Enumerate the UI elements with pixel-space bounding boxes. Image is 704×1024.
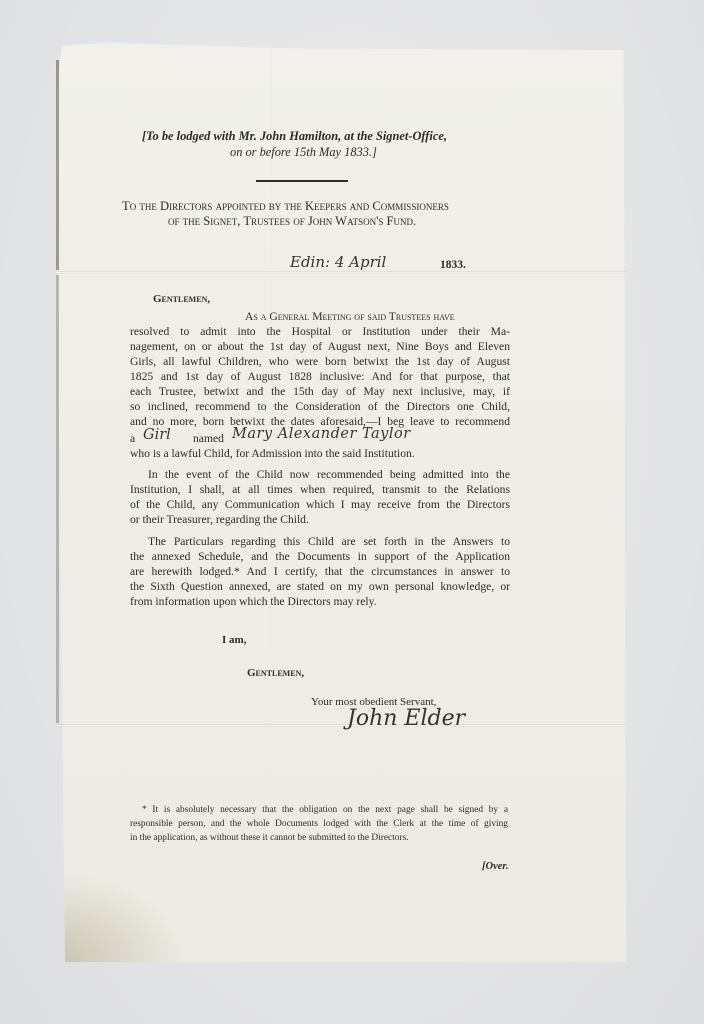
- printed-year: 1833.: [440, 258, 466, 272]
- addressee-line1: To the Directors appointed by the Keeper…: [122, 199, 449, 213]
- para1-line: resolved to admit into the Hospital or I…: [130, 325, 510, 339]
- para1-line: nagement, on or about the 1st day of Aug…: [130, 340, 510, 354]
- footnote-line: in the application, as without these it …: [130, 832, 409, 844]
- lodging-note-line2: on or before 15th May 1833.]: [230, 145, 377, 159]
- divider-rule: [256, 180, 348, 182]
- closing-gentlemen: Gentlemen,: [247, 666, 304, 680]
- para2-line: In the event of the Child now recommende…: [148, 468, 510, 482]
- paper-edge-shadow: [56, 60, 59, 270]
- para3-line: the Sixth Question annexed, are stated o…: [130, 580, 510, 594]
- para1-line: so inclined, recommend to the Considerat…: [130, 400, 510, 414]
- over-marker: [Over.: [482, 860, 509, 874]
- handwritten-gender: Girl: [143, 428, 171, 442]
- signature: John Elder: [347, 712, 465, 726]
- fold-line-upper: [56, 271, 626, 274]
- para1-line: 1825 and 1st day of August 1828 inclusiv…: [130, 370, 510, 384]
- addressee-line2: of the Signet, Trustees of John Watson's…: [168, 214, 416, 228]
- para3-line: the annexed Schedule, and the Documents …: [130, 550, 510, 564]
- paper-edge-shadow: [56, 275, 59, 723]
- footnote-line: responsible person, and the whole Docume…: [130, 818, 508, 830]
- recommend-prefix: a: [130, 432, 135, 446]
- lodging-note-line1: [To be lodged with Mr. John Hamilton, at…: [142, 129, 447, 143]
- show-through-text: [590, 150, 592, 160]
- handwritten-child-name: Mary Alexander Taylor: [232, 427, 411, 441]
- para1-line: As a General Meeting of said Trustees ha…: [245, 310, 509, 324]
- para1-line: Girls, all lawful Children, who were bor…: [130, 355, 510, 369]
- para3-line: from information upon which the Director…: [130, 595, 377, 609]
- handwritten-date: Edin: 4 April: [290, 255, 386, 269]
- fold-line-lower: [56, 724, 626, 727]
- para2-line: of the Child, any Communication which I …: [130, 498, 510, 512]
- para2-line: Institution, I shall, at all times when …: [130, 483, 510, 497]
- para3-line: are herewith lodged.* And I certify, tha…: [130, 565, 510, 579]
- salutation: Gentlemen,: [153, 292, 210, 306]
- closing-i-am: I am,: [222, 633, 246, 647]
- para3-line: The Particulars regarding this Child are…: [148, 535, 510, 549]
- named-label: named: [193, 432, 224, 446]
- para1-closing-line: who is a lawful Child, for Admission int…: [130, 447, 415, 461]
- para2-line: or their Treasurer, regarding the Child.: [130, 513, 309, 527]
- footnote-line: * It is absolutely necessary that the ob…: [142, 804, 508, 816]
- para1-line: each Trustee, betwixt and the 15th day o…: [130, 385, 510, 399]
